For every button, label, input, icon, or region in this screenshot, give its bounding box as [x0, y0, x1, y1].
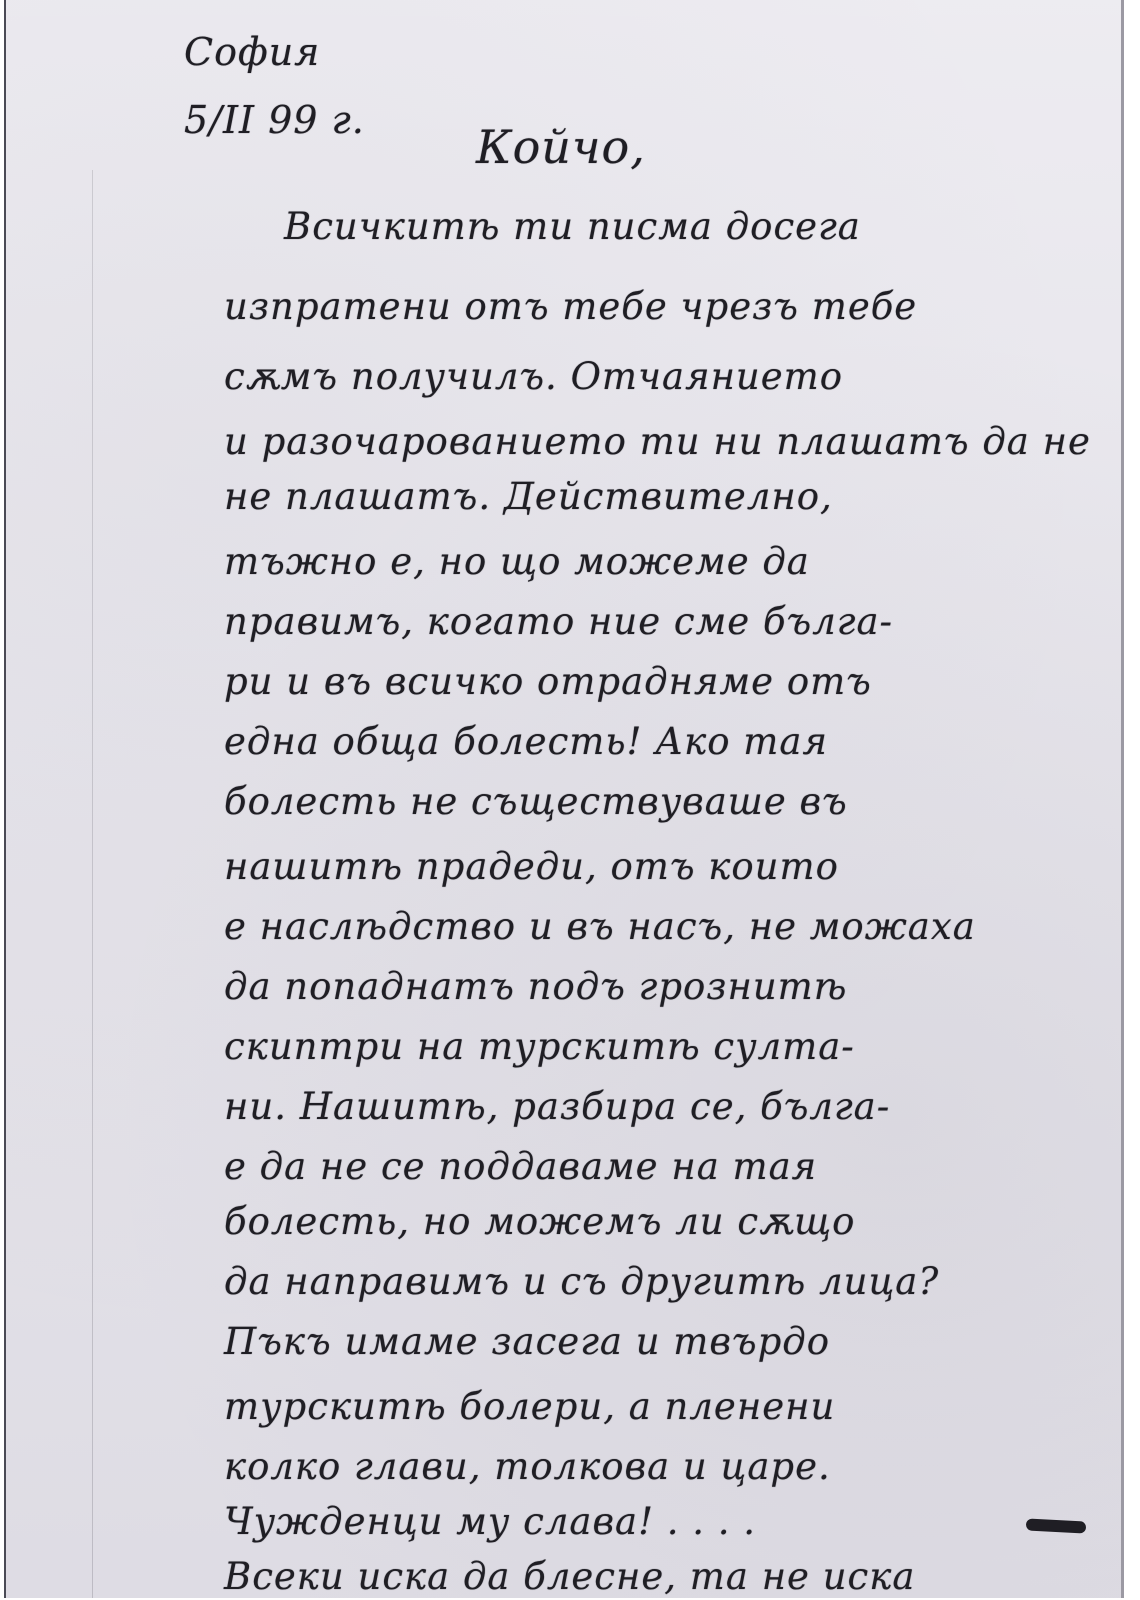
letter-line: да направимъ и съ другитѣ лица?	[224, 1260, 939, 1303]
letter-line: да попаднатъ подъ грознитѣ	[224, 965, 847, 1008]
letter-line: сѫмъ получилъ. Отчаянието	[224, 355, 843, 398]
letter-line: Чужденци му слава! . . . .	[224, 1500, 756, 1543]
letter-date: 5/II 99 г.	[184, 98, 365, 142]
letter-line: Всеки иска да блесне, та не иска	[224, 1555, 915, 1598]
letter-line: е да не се поддаваме на тая	[224, 1145, 817, 1188]
letter-line: нашитѣ прадеди, отъ които	[224, 845, 839, 888]
letter-line: не плашатъ. Действително,	[224, 475, 833, 518]
letter-page: София 5/II 99 г. Койчо, Всичкитѣ ти писм…	[4, 0, 1124, 1598]
letter-line: Пъкъ имаме засега и твърдо	[224, 1320, 830, 1363]
letter-salutation: Койчо,	[476, 120, 646, 174]
letter-line: болесть, но можемъ ли сѫщо	[224, 1200, 855, 1243]
letter-line: Всичкитѣ ти писма досега	[284, 205, 861, 248]
letter-line: една обща болесть! Ако тая	[224, 720, 828, 763]
letter-line: ни. Нашитѣ, разбира се, бълга-	[224, 1085, 890, 1128]
letter-place: София	[184, 30, 320, 74]
letter-line: ри и въ всичко отрадняме отъ	[224, 660, 872, 703]
letter-line: тъжно е, но що можеме да	[224, 540, 810, 583]
letter-line: правимъ, когато ние сме бълга-	[224, 600, 893, 643]
letter-line: турскитѣ болери, а пленени	[224, 1385, 835, 1428]
letter-line: е наслѣдство и въ насъ, не можаха	[224, 905, 976, 948]
letter-line: скиптри на турскитѣ султа-	[224, 1025, 855, 1068]
letter-line: изпратени отъ тебе чрезъ тебе	[224, 285, 917, 328]
letter-line: и разочарованието ти ни плашатъ да не	[224, 420, 1091, 463]
letter-line: колко глави, толкова и царе.	[224, 1445, 831, 1488]
letter-line: болесть не съществуваше въ	[224, 780, 848, 823]
